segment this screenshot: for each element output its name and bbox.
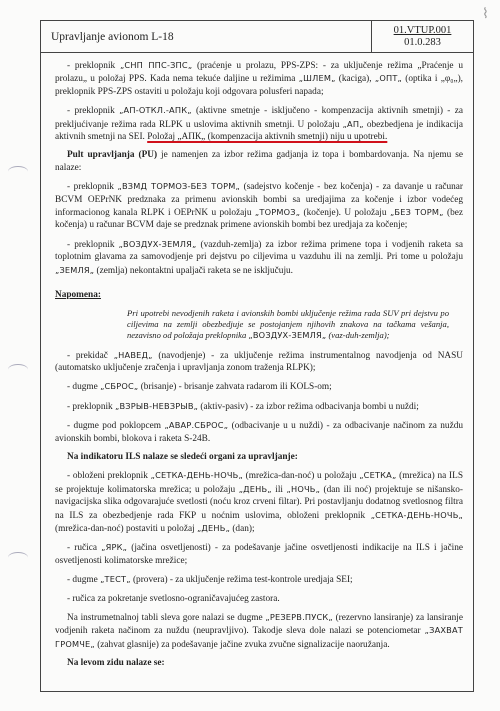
- paragraph-pps-zps: - preklopnik „СНП ППС-ЗПС„ (praćenje u p…: [55, 59, 463, 98]
- text-span: (kaciga),: [336, 74, 375, 84]
- text-span: „ВЗРЫВ-НЕВЗРЫВ„: [115, 401, 198, 411]
- text-span: „СБРОС„: [100, 381, 138, 391]
- text-span: - ručica za pokretanje svetlosno-ogranič…: [67, 594, 280, 604]
- text-span: „ВОЗДУХ-ЗЕМЛЯ„: [119, 239, 197, 249]
- document-page: Upravljanje avionom L-18 01.VTUP.001 01.…: [40, 20, 474, 692]
- punch-hole-mark: [8, 552, 28, 563]
- document-body: - preklopnik „СНП ППС-ЗПС„ (praćenje u p…: [41, 53, 473, 670]
- text-span: (mrežica-dan-noć) u položaju: [243, 471, 359, 481]
- text-span: - dugme: [67, 382, 100, 392]
- paragraph-naved: - prekidač „НАВЕД„ (navodjenje) - za ukl…: [55, 349, 463, 375]
- document-header: Upravljanje avionom L-18 01.VTUP.001 01.…: [41, 21, 473, 53]
- document-code: 01.VTUP.001 01.0.283: [371, 21, 473, 52]
- paragraph-vozduh-zemlja: - preklopnik „ВОЗДУХ-ЗЕМЛЯ„ (vazduh-zeml…: [55, 238, 463, 277]
- text-span: - obloženi preklopnik: [67, 471, 151, 481]
- text-span: „ДЕНЬ„: [239, 484, 272, 494]
- text-span: „НАВЕД„: [114, 350, 153, 360]
- text-span: - prekidač: [67, 351, 114, 361]
- text-span: (zemlja) nekontaktni upaljači raketa se …: [94, 266, 293, 276]
- text-span: „ЗЕМЛЯ„: [55, 265, 94, 275]
- paragraph-ap-apk: - preklopnik „АП-ОТКЛ.-АПК„ (aktivne sme…: [55, 104, 463, 143]
- text-span: „БЕЗ ТОРМ„: [390, 207, 444, 217]
- paragraph-yark: - ručica „ЯРК„ (jačina osvetljenosti) - …: [55, 541, 463, 567]
- note-text: Pri upotrebi nevodjenih raketa i avionsk…: [127, 308, 449, 341]
- text-span: „ШЛЕМ„: [299, 73, 336, 83]
- text-span: „ТЕСТ„: [100, 574, 131, 584]
- left-wall-heading: Na levom zidu nalaze se:: [55, 657, 463, 669]
- text-span: (brisanje) - brisanje zahvata radarom il…: [138, 382, 331, 392]
- text-span: „СЕТКА-ДЕНЬ-НОЧЬ„: [371, 510, 463, 520]
- paragraph-rezerv-pusk: Na instrumetnalnoj tabli sleva gore nala…: [55, 611, 463, 651]
- text-span: „АП-ОТКЛ.-АПК„: [119, 105, 192, 115]
- text-span: ili: [272, 485, 287, 495]
- text-span: - preklopnik: [67, 240, 119, 250]
- paragraph-pult-upravljanja: Pult upravljanja (PU) je namenjen za izb…: [55, 149, 463, 174]
- text-span: Pult upravljanja (PU): [67, 150, 157, 160]
- text-span: - ručica: [67, 543, 101, 553]
- text-span: „ВЗМД ТОРМОЗ-БЕЗ ТОРМ„: [118, 181, 240, 191]
- paragraph-test: - dugme „ТЕСТ„ (provera) - za uključenje…: [55, 573, 463, 586]
- text-span: (vaz-duh-zemlja);: [326, 330, 389, 340]
- text-span: „РЕЗЕРВ.ПУСК„: [265, 612, 332, 622]
- text-span: „АВАР.СБРОС„: [164, 420, 228, 430]
- text-span: „АП„: [343, 119, 364, 129]
- text-span: (provera) - za uključenje režima test-ko…: [131, 575, 353, 585]
- text-span: „ВОЗДУХ-ЗЕМЛЯ„: [248, 330, 326, 340]
- text-span: „ЯРК„: [101, 542, 127, 552]
- text-span: (aktiv-pasiv) - za izbor režima odbaciva…: [198, 402, 419, 412]
- text-span: (mrežica-dan-noć) postaviti u položaj: [55, 524, 197, 534]
- margin-stamp: ⌇: [482, 6, 496, 28]
- text-span: „НОЧЬ„: [287, 484, 321, 494]
- punch-hole-mark: [8, 166, 28, 177]
- paragraph-sbros: - dugme „СБРОС„ (brisanje) - brisanje za…: [55, 380, 463, 393]
- punch-hole-mark: [8, 364, 28, 375]
- text-span: „ТОРМОЗ„: [255, 207, 300, 217]
- ils-heading: Na indikatoru ILS nalaze se sledeći orga…: [55, 451, 463, 463]
- text-span: - dugme pod poklopcem: [67, 421, 164, 431]
- text-span: „СНП ППС-ЗПС„: [120, 60, 192, 70]
- document-title: Upravljanje avionom L-18: [41, 21, 371, 52]
- text-span: „ДЕНЬ„: [197, 523, 230, 533]
- red-underlined-note: Položaj „АПК„ (kompenzacija aktivnih sme…: [147, 132, 387, 142]
- text-span: - preklopnik: [67, 106, 119, 116]
- text-span: (dan);: [230, 524, 255, 534]
- text-span: „СЕТКА„: [359, 470, 396, 480]
- text-span: - preklopnik: [67, 402, 115, 412]
- text-span: „СЕТКА-ДЕНЬ-НОЧЬ„: [151, 470, 243, 480]
- paragraph-avar-sbros: - dugme pod poklopcem „АВАР.СБРОС„ (odba…: [55, 419, 463, 445]
- paragraph-setka: - obloženi preklopnik „СЕТКА-ДЕНЬ-НОЧЬ„ …: [55, 469, 463, 535]
- text-span: (zahvat glasnije) za podešavanje jačine …: [95, 640, 390, 650]
- document-code-secondary: 01.0.283: [372, 37, 473, 49]
- text-span: (kočenje). U položaju: [300, 208, 390, 218]
- text-span: Na instrumetnalnoj tabli sleva gore nala…: [67, 613, 265, 623]
- text-span: - preklopnik: [67, 61, 120, 71]
- document-code-primary: 01.VTUP.001: [372, 25, 473, 37]
- note-heading: Napomena:: [55, 289, 463, 301]
- paragraph-zastor: - ručica za pokretanje svetlosno-ogranič…: [55, 593, 463, 605]
- paragraph-vzryv: - preklopnik „ВЗРЫВ-НЕВЗРЫВ„ (aktiv-pasi…: [55, 400, 463, 413]
- paragraph-tormoz: - preklopnik „ВЗМД ТОРМОЗ-БЕЗ ТОРМ„ (sad…: [55, 180, 463, 232]
- text-span: „ОПТ„: [375, 73, 402, 83]
- text-span: - preklopnik: [67, 182, 118, 192]
- text-span: - dugme: [67, 575, 100, 585]
